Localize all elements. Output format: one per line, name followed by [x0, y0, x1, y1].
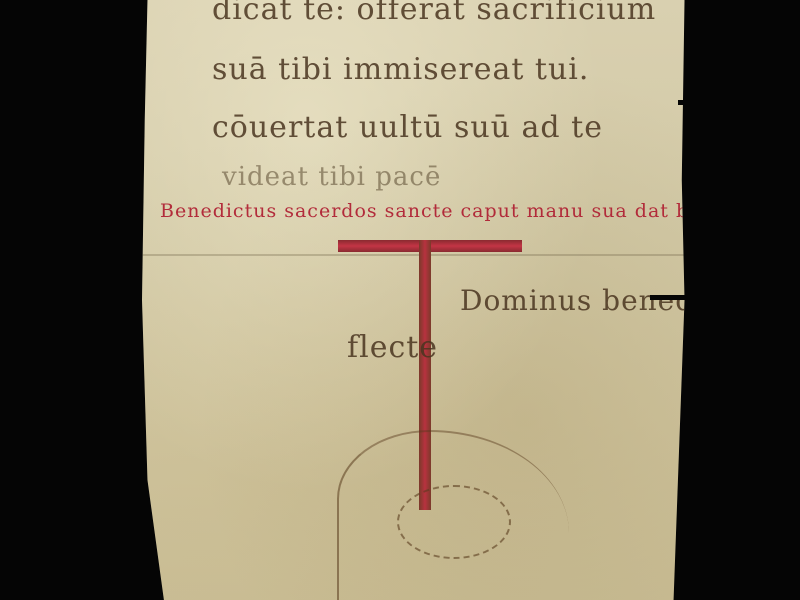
text-line-4: videat tibi pacē [222, 162, 441, 192]
lower-text-2: flecte [347, 330, 438, 365]
edge-notch [650, 295, 695, 300]
text-line-2: suā tibi immisereat tui. [212, 52, 589, 87]
text-line-3: cōuertat uultū suū ad te [212, 110, 603, 145]
text-line-1: dicat te: offerat sacrificium [212, 0, 656, 27]
lower-text-1: Dominus benedicat [460, 284, 751, 317]
fold-line [142, 254, 690, 256]
edge-notch [678, 100, 690, 105]
drawn-figure-detail [397, 485, 511, 559]
rubric-line: Benedictus sacerdos sancte caput manu su… [160, 200, 800, 222]
manuscript-parchment: dicat te: offerat sacrificium suā tibi i… [142, 0, 690, 600]
